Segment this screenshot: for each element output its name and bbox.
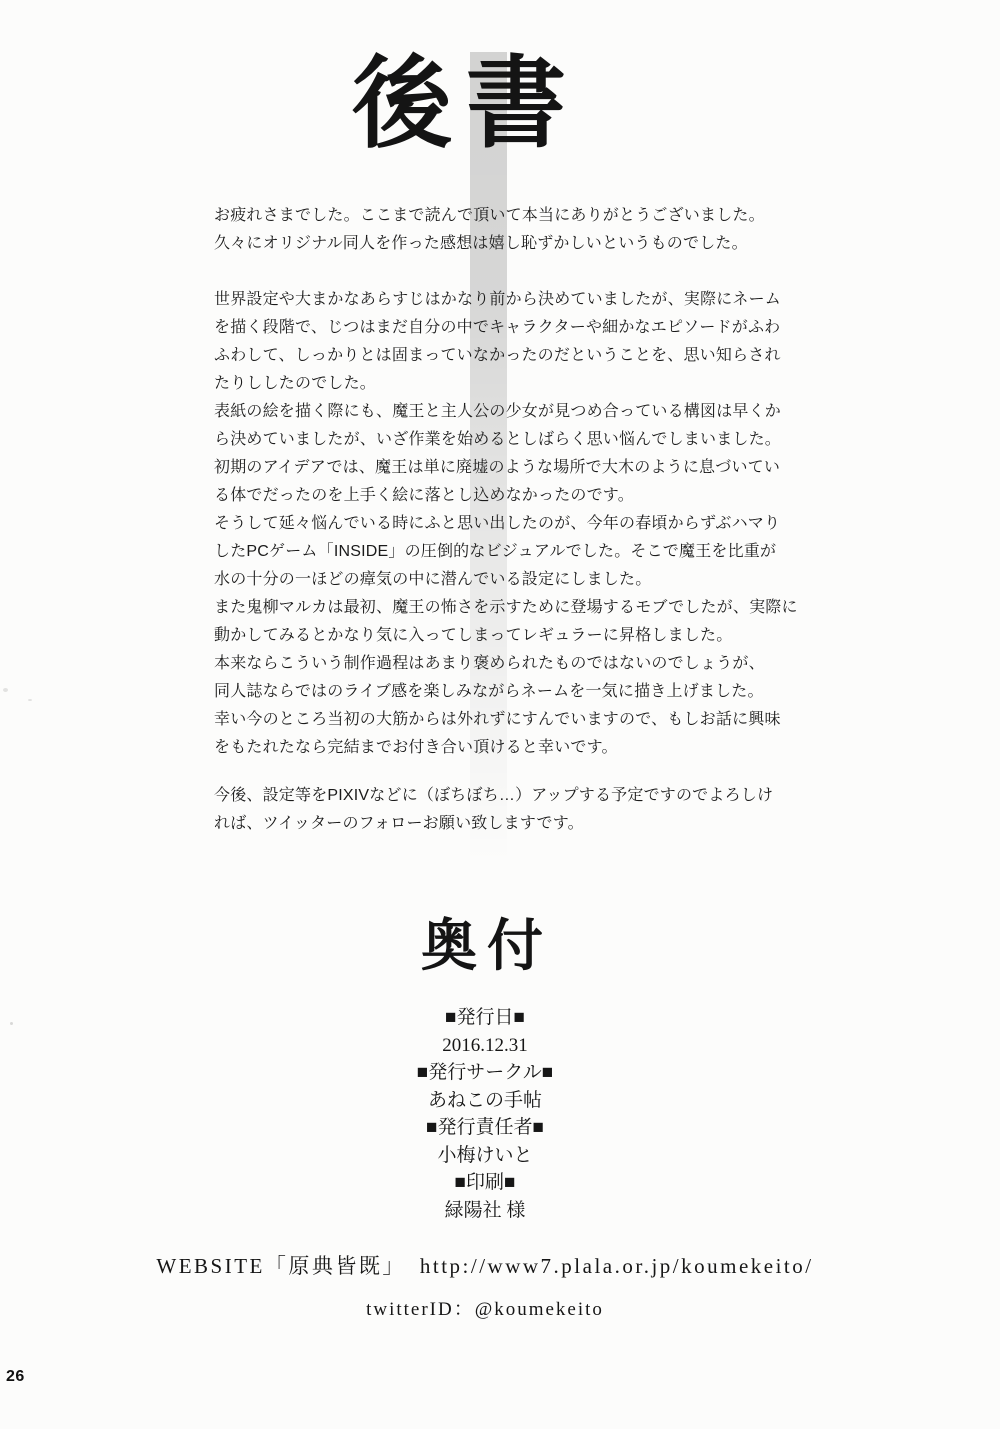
colophon-label-circle: ■発行サークル■ [285, 1059, 685, 1087]
afterword-text-line: また鬼柳マルカは最初、魔王の怖さを示すために登場するモブでしたが、実際に [214, 594, 774, 622]
afterword-text-line: お疲れさまでした。ここまで読んで頂いて本当にありがとうございました。 [214, 202, 774, 230]
afterword-text-line: ふわして、しっかりとは固まっていなかったのだということを、思い知らされ [214, 342, 774, 370]
afterword-text-line: たりししたのでした。 [214, 370, 774, 398]
page-number: 26 [6, 1368, 25, 1386]
colophon-label-publication-date: ■発行日■ [285, 1004, 685, 1032]
website-line: WEBSITE「原典皆既」http://www7.plala.or.jp/kou… [0, 1250, 970, 1280]
afterword-text-line: をもたれたなら完結までお付き合い頂けると幸いです。 [214, 734, 774, 762]
afterword-text-line: 表紙の絵を描く際にも、魔王と主人公の少女が見つめ合っている構図は早くか [214, 398, 774, 426]
afterword-text-line: そうして延々悩んでいる時にふと思い出したのが、今年の春頃からずぶハマり [214, 510, 774, 538]
afterword-text-line: 本来ならこういう制作過程はあまり褒められたものではないのでしょうが、 [214, 650, 774, 678]
afterword-text-line: 初期のアイデアでは、魔王は単に廃墟のような場所で大木のように息づいてい [214, 454, 774, 482]
scan-speck [3, 688, 8, 692]
afterword-text-line: 水の十分の一ほどの瘴気の中に潜んでいる設定にしました。 [214, 566, 774, 594]
afterword-text-line: ら決めていましたが、いざ作業を始めるとしばらく思い悩んでしまいました。 [214, 426, 774, 454]
afterword-title: 後書 [352, 44, 580, 164]
colophon-title: 奥付 [387, 912, 587, 979]
colophon-label-printer: ■印刷■ [285, 1169, 685, 1197]
afterword-paragraph-1: お疲れさまでした。ここまで読んで頂いて本当にありがとうございました。 久々にオリ… [214, 202, 774, 258]
afterword-text-line: 世界設定や大まかなあらすじはかなり前から決めていましたが、実際にネーム [214, 286, 774, 314]
colophon-value-printer: 緑陽社 様 [285, 1197, 685, 1225]
afterword-text-line: したPCゲーム「INSIDE」の圧倒的なビジュアルでした。そこで魔王を比重が [214, 538, 774, 566]
scan-speck [10, 1022, 13, 1025]
colophon-value-publisher: 小梅けいと [285, 1142, 685, 1170]
afterword-text-line: 動かしてみるとかなり気に入ってしまってレギュラーに昇格しました。 [214, 622, 774, 650]
website-label: WEBSITE「原典皆既」 [156, 1254, 405, 1278]
colophon-value-publication-date: 2016.12.31 [285, 1032, 685, 1060]
afterword-text-line: 同人誌ならではのライブ感を楽しみながらネームを一気に描き上げました。 [214, 678, 774, 706]
afterword-text-line: 幸い今のところ当初の大筋からは外れずにすんでいますので、もしお話に興味 [214, 706, 774, 734]
afterword-text-line: 久々にオリジナル同人を作った感想は嬉し恥ずかしいというものでした。 [214, 230, 774, 258]
afterword-paragraph-3: 今後、設定等をPIXIVなどに（ぼちぼち…）アップする予定ですのでよろしけ れば… [214, 782, 774, 838]
twitter-id-line: twitterID：@koumekeito [0, 1294, 970, 1321]
colophon-value-circle: あねこの手帖 [285, 1087, 685, 1115]
colophon-entries: ■発行日■ 2016.12.31 ■発行サークル■ あねこの手帖 ■発行責任者■… [285, 1004, 685, 1224]
afterword-text-line: れば、ツイッターのフォローお願い致しますです。 [214, 810, 774, 838]
afterword-paragraph-2: 世界設定や大まかなあらすじはかなり前から決めていましたが、実際にネーム を描く段… [214, 286, 774, 762]
afterword-text-line: 今後、設定等をPIXIVなどに（ぼちぼち…）アップする予定ですのでよろしけ [214, 782, 774, 810]
scan-speck [28, 699, 32, 701]
scanned-doujinshi-page: 後書 お疲れさまでした。ここまで読んで頂いて本当にありがとうございました。 久々… [0, 0, 1000, 1429]
colophon-label-publisher: ■発行責任者■ [285, 1114, 685, 1142]
afterword-text-line: る体でだったのを上手く絵に落とし込めなかったのです。 [214, 482, 774, 510]
afterword-text-line: を描く段階で、じつはまだ自分の中でキャラクターや細かなエピソードがふわ [214, 314, 774, 342]
website-url: http://www7.plala.or.jp/koumekeito/ [420, 1254, 814, 1278]
